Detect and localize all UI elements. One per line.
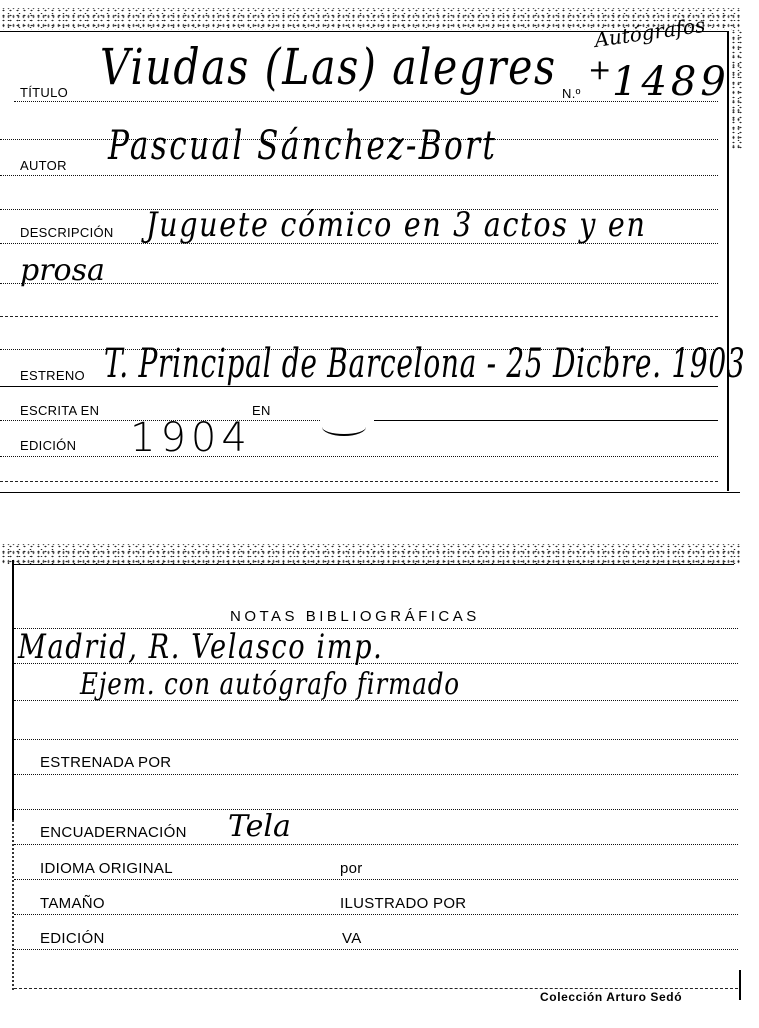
valor-label: VA: [342, 931, 362, 946]
note-rule-1: [14, 663, 738, 664]
card-left-border-lower: [12, 820, 14, 990]
collection-credit: Colección Arturo Sedó: [540, 990, 682, 1004]
edicion-rule: [0, 456, 718, 457]
ilustrado-por-label: ILUSTRADO POR: [340, 896, 466, 911]
descripcion-label: DESCRIPCIÓN: [20, 226, 114, 239]
encuadernacion-label: ENCUADERNACIÓN: [40, 825, 187, 840]
card-right-edge-mark: [739, 970, 741, 1000]
note-line-2: Ejem. con autógrafo firmado: [80, 670, 460, 700]
estrenada-por-label: ESTRENADA POR: [40, 755, 171, 770]
edicion-value: 1904: [130, 418, 252, 458]
card-bottom-border: [0, 492, 740, 493]
bottom-catalog-card: NOTAS BIBLIOGRÁFICAS Madrid, R. Velasco …: [0, 530, 759, 1028]
idioma-original-label: IDIOMA ORIGINAL: [40, 861, 173, 876]
estreno-value: T. Principal de Barcelona - 25 Dicbre. 1…: [104, 344, 745, 384]
blank-rule-2: [14, 809, 738, 810]
card-left-border: [12, 560, 14, 820]
escrita-en-label: ESCRITA EN: [20, 404, 99, 417]
note-rule-2: [14, 700, 738, 701]
por-label: por: [340, 861, 363, 876]
estrenada-por-rule: [14, 774, 738, 775]
tamano-rule: [14, 914, 738, 915]
note-line-1: Madrid, R. Velasco imp.: [18, 630, 383, 664]
tamano-label: TAMAÑO: [40, 896, 105, 911]
estreno-rule: [0, 386, 718, 387]
numero-label: N.º: [562, 87, 581, 100]
top-catalog-card: TÍTULO Viudas (Las) alegres N.º + 1489 A…: [0, 0, 759, 500]
autor-rule: [0, 175, 718, 176]
descripcion-value-line2: prosa: [20, 256, 105, 286]
edicion-rule: [14, 949, 738, 950]
edicion-label: EDICIÓN: [20, 439, 76, 452]
blank-rule-3: [0, 316, 718, 317]
edicion-label: EDICIÓN: [40, 931, 105, 946]
blank-rule: [14, 739, 738, 740]
descripcion-rule: [0, 243, 718, 244]
numero-mark: +: [588, 56, 611, 84]
titulo-value: Viudas (Las) alegres: [100, 42, 557, 92]
notas-heading: NOTAS BIBLIOGRÁFICAS: [230, 609, 480, 624]
card-top-border: [14, 564, 734, 565]
titulo-label: TÍTULO: [20, 86, 68, 99]
idioma-original-rule: [14, 879, 738, 880]
encuadernacion-value: Tela: [228, 812, 291, 842]
card-edge-texture: [0, 544, 740, 564]
numero-value: 1489: [612, 62, 730, 102]
descripcion-value-line1: Juguete cómico en 3 actos y en: [146, 208, 647, 242]
autor-label: AUTOR: [20, 159, 67, 172]
en-label: EN: [252, 404, 271, 417]
en-rule: [374, 420, 718, 421]
encuadernacion-rule: [14, 844, 738, 845]
autor-value: Pascual Sánchez-Bort: [108, 126, 497, 166]
card-right-edge-texture: [730, 30, 742, 150]
descripcion-rule-2: [0, 283, 718, 284]
titulo-rule: [14, 101, 718, 102]
ink-smudge: [322, 418, 366, 436]
blank-rule-5: [0, 481, 718, 482]
estreno-label: ESTRENO: [20, 369, 85, 382]
blank-rule-3: [14, 988, 738, 989]
